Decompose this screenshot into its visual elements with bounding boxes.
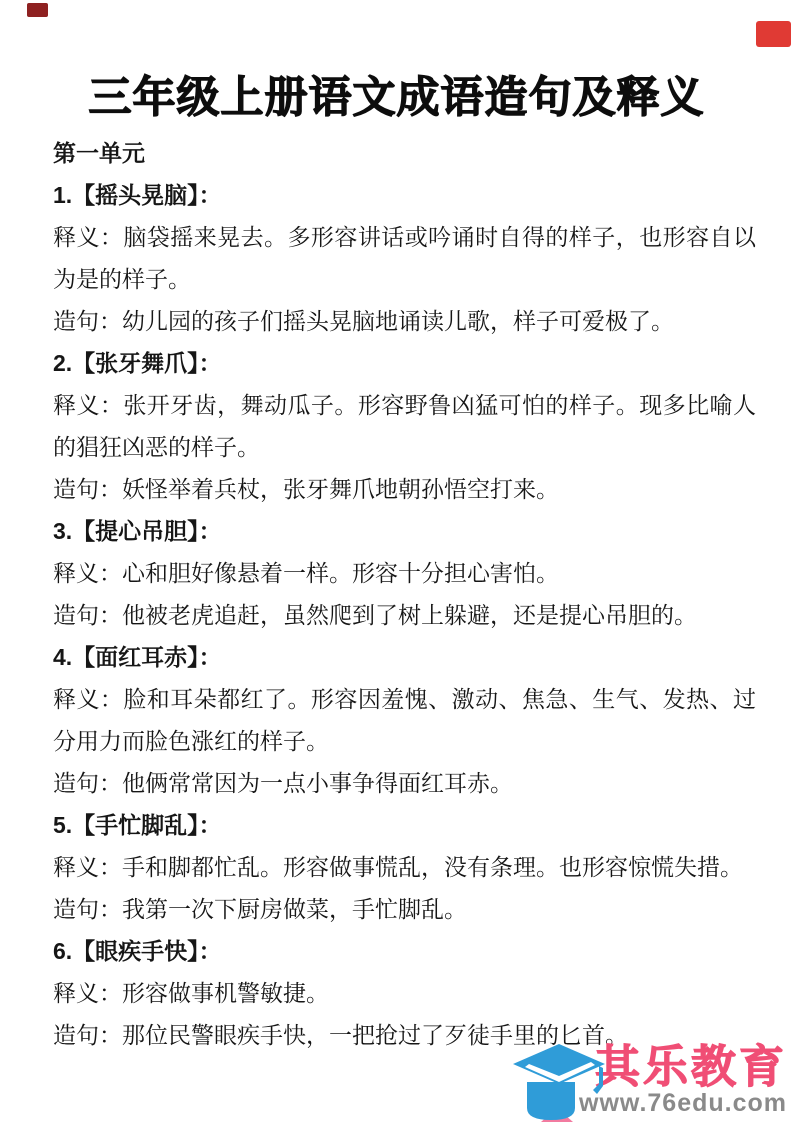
entry-6-definition: 释义：形容做事机警敏捷。 (53, 972, 756, 1014)
entry-1-sentence: 造句：幼儿园的孩子们摇头晃脑地诵读儿歌，样子可爱极了。 (53, 300, 756, 342)
graduation-cap-icon (513, 1042, 609, 1122)
publisher-watermark: 其乐教育 www.76edu.com (513, 1042, 789, 1122)
entry-2-definition: 释义：张开牙齿，舞动瓜子。形容野鲁凶猛可怕的样子。现多比喻人的猖狂凶恶的样子。 (53, 384, 756, 468)
brand-name: 其乐教育 (579, 1044, 787, 1090)
entry-2-sentence: 造句：妖怪举着兵杖，张牙舞爪地朝孙悟空打来。 (53, 468, 756, 510)
document-page: 三年级上册语文成语造句及释义 第一单元 1.【摇头晃脑】： 释义：脑袋摇来晃去。… (0, 0, 793, 1122)
entry-5-definition: 释义：手和脚都忙乱。形容做事慌乱，没有条理。也形容惊慌失措。 (53, 846, 756, 888)
entry-5-sentence: 造句：我第一次下厨房做菜，手忙脚乱。 (53, 888, 756, 930)
document-body: 第一单元 1.【摇头晃脑】： 释义：脑袋摇来晃去。多形容讲话或吟诵时自得的样子，… (53, 132, 756, 1056)
entry-4-sentence: 造句：他俩常常因为一点小事争得面红耳赤。 (53, 762, 756, 804)
entry-1-definition: 释义：脑袋摇来晃去。多形容讲话或吟诵时自得的样子，也形容自以为是的样子。 (53, 216, 756, 300)
entry-3-definition: 释义：心和胆好像悬着一样。形容十分担心害怕。 (53, 552, 756, 594)
brand-url: www.76edu.com (579, 1090, 787, 1116)
entry-3-sentence: 造句：他被老虎追赶，虽然爬到了树上躲避，还是提心吊胆的。 (53, 594, 756, 636)
red-corner-mark-top-right (756, 21, 791, 47)
entry-5-heading: 5.【手忙脚乱】： (53, 804, 756, 846)
entry-6-heading: 6.【眼疾手快】： (53, 930, 756, 972)
red-corner-mark-top-left (27, 3, 48, 17)
entry-1-heading: 1.【摇头晃脑】： (53, 174, 756, 216)
entry-3-heading: 3.【提心吊胆】： (53, 510, 756, 552)
entry-2-heading: 2.【张牙舞爪】： (53, 342, 756, 384)
entry-4-heading: 4.【面红耳赤】： (53, 636, 756, 678)
unit-heading: 第一单元 (53, 132, 756, 174)
entry-4-definition: 释义：脸和耳朵都红了。形容因羞愧、激动、焦急、生气、发热、过分用力而脸色涨红的样… (53, 678, 756, 762)
page-title: 三年级上册语文成语造句及释义 (0, 64, 793, 125)
